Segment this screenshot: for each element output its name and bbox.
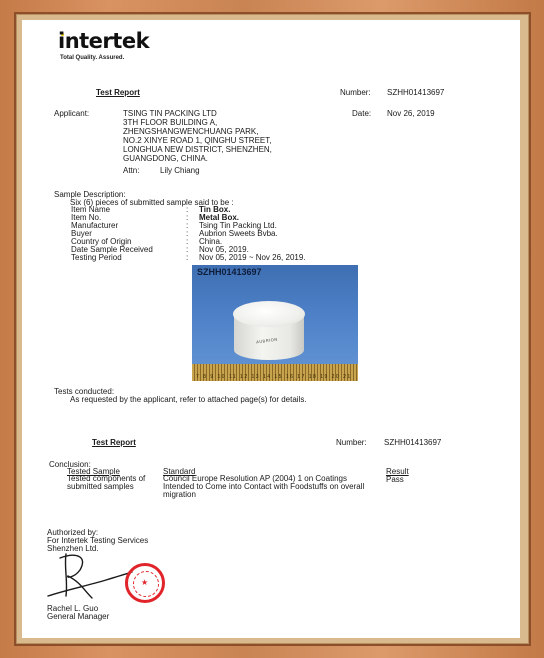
report-title-2: Test Report [92, 438, 136, 447]
signature-scribble [46, 550, 136, 602]
sample-details: Item Name:Tin Box.Item No.:Metal Box.Man… [71, 206, 306, 262]
seal-star-icon: ★ [141, 578, 148, 587]
certificate-page: intertek Total Quality. Assured. Test Re… [22, 20, 520, 638]
attn-value: Lily Chiang [160, 166, 200, 175]
applicant-label: Applicant: [54, 109, 89, 118]
address-line: NO.2 XINYE ROAD 1, QINGHU STREET, [123, 136, 272, 145]
address-line: 3TH FLOOR BUILDING A, [123, 118, 272, 127]
ruler: 7 8 9 10 11 12 13 14 15 16 17 18 19 20 2… [192, 364, 358, 381]
tin-box-lid [233, 301, 305, 327]
sample-detail-row: Testing Period:Nov 05, 2019 ~ Nov 26, 20… [71, 254, 306, 262]
ruler-numbers: 7 8 9 10 11 12 13 14 15 16 17 18 19 20 2… [196, 374, 352, 380]
date-label: Date: [352, 109, 371, 118]
address-line: LONGHUA NEW DISTRICT, SHENZHEN, [123, 145, 272, 154]
sample-detail-row: Item Name:Tin Box. [71, 206, 306, 214]
report-date: Nov 26, 2019 [387, 109, 435, 118]
detail-value: Nov 05, 2019 ~ Nov 26, 2019. [199, 254, 306, 262]
sample-line: submitted samples [67, 483, 145, 491]
address-line: TSING TIN PACKING LTD [123, 109, 272, 118]
number-label-2: Number: [336, 438, 367, 447]
applicant-address: TSING TIN PACKING LTD 3TH FLOOR BUILDING… [123, 109, 272, 163]
sample-photo: SZHH01413697 AUBRION 7 8 9 10 11 12 13 1… [192, 265, 358, 381]
intertek-logo: intertek [58, 29, 149, 53]
report-title: Test Report [96, 88, 140, 97]
logo-tagline: Total Quality. Assured. [60, 55, 124, 61]
photo-label: SZHH01413697 [197, 267, 262, 277]
report-number-2: SZHH01413697 [384, 438, 441, 447]
number-label: Number: [340, 88, 371, 97]
official-seal: ★ [125, 563, 165, 603]
tested-sample-cell: Tested components of submitted samples [67, 475, 145, 491]
result-cell: Pass [386, 475, 404, 484]
detail-label: Testing Period [71, 254, 186, 262]
tests-text: As requested by the applicant, refer to … [70, 395, 307, 404]
signatory-block: Rachel L. Guo General Manager [47, 605, 109, 621]
standard-line: migration [163, 491, 364, 499]
detail-colon: : [186, 254, 199, 262]
address-line: ZHENGSHANGWENCHUANG PARK, [123, 127, 272, 136]
address-line: GUANGDONG, CHINA. [123, 154, 272, 163]
signatory-title: General Manager [47, 613, 109, 621]
standard-cell: Council Europe Resolution AP (2004) 1 on… [163, 475, 364, 499]
attn-label: Attn: [123, 166, 139, 175]
report-number: SZHH01413697 [387, 88, 444, 97]
